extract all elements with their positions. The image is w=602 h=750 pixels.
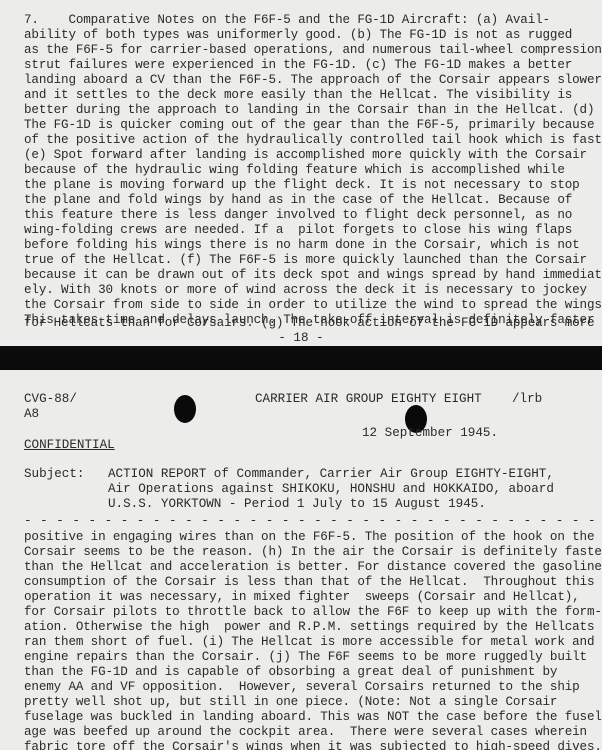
divider-dashes: - - - - - - - - - - - - - - - - - - - - … (24, 514, 602, 528)
page-number: - 18 - (0, 331, 602, 345)
text-line: ability of both types was uniformerly go… (24, 27, 572, 43)
file-code-secondary: A8 (24, 407, 39, 421)
text-line: (e) Spot forward after landing is accomp… (24, 147, 587, 163)
subject-line: U.S.S. YORKTOWN - Period 1 July to 15 Au… (108, 497, 486, 511)
text-line: 7. Comparative Notes on the F6F-5 and th… (24, 12, 550, 28)
text-line: operation it was necessary, in mixed fig… (24, 589, 580, 605)
text-line: positive in engaging wires than on the F… (24, 529, 594, 545)
subject-line: Air Operations against SHIKOKU, HONSHU a… (108, 482, 554, 496)
text-line: as the F6F-5 for carrier-based operation… (24, 42, 602, 58)
text-line: landing aboard a CV than the F6F-5. The … (24, 72, 602, 88)
text-line: for Corsair pilots to throttle back to a… (24, 604, 602, 620)
text-line: The FG-1D is quicker coming out of the g… (24, 117, 594, 133)
text-line: wing-folding crews are needed. If a pilo… (24, 222, 572, 238)
classification-label: CONFIDENTIAL (24, 438, 115, 452)
text-line: pretty well shot up, but still in one pi… (24, 694, 557, 710)
text-line: because of the hydraulic wing folding fe… (24, 162, 565, 178)
text-line: strut failures were experienced in the F… (24, 57, 572, 73)
text-line: consumption of the Corsair is less than … (24, 574, 594, 590)
subject-label: Subject: (24, 467, 84, 481)
text-line-last: for Hellcats than for Corsairs. (g) The … (24, 315, 594, 331)
punch-hole (174, 395, 196, 423)
text-line: the plane and fold wings by hand as in t… (24, 192, 572, 208)
text-line: than the Hellcat and acceleration is bet… (24, 559, 602, 575)
unit-name: CARRIER AIR GROUP EIGHTY EIGHT (255, 392, 482, 406)
text-line: Corsair seems to be the reason. (h) In t… (24, 544, 602, 560)
typist-initials: /lrb (512, 392, 542, 406)
date: 12 September 1945. (362, 426, 498, 440)
subject-line: ACTION REPORT of Commander, Carrier Air … (108, 467, 554, 481)
text-line: age was beefed up around the cockpit are… (24, 724, 587, 740)
text-line: fabric tore off the Corsair's wings when… (24, 739, 602, 750)
page-separator-band (0, 346, 602, 370)
text-line: the Corsair from side to side in order t… (24, 297, 602, 313)
file-code: CVG-88/ (24, 392, 77, 406)
text-line: better during the approach to landing in… (24, 102, 594, 118)
text-line: the plane is moving forward up the fligh… (24, 177, 580, 193)
text-line: true of the Hellcat. (f) The F6F-5 is mo… (24, 252, 587, 268)
text-line: engine repairs than the Corsair. (j) The… (24, 649, 587, 665)
text-line: this feature there is less danger involv… (24, 207, 572, 223)
text-line: ran them short of fuel. (i) The Hellcat … (24, 634, 594, 650)
text-line: ely. With 30 knots or more of wind acros… (24, 282, 587, 298)
text-line: fuselage was buckled in landing aboard. … (24, 709, 602, 725)
text-line: enemy AA and VF opposition. However, sev… (24, 679, 580, 695)
text-line: of the positive action of the hydraulica… (24, 132, 602, 148)
text-line: before folding his wings there is no har… (24, 237, 580, 253)
text-line: than the FG-1D and is capable of obsorbi… (24, 664, 557, 680)
text-line: and it settles to the deck more easily t… (24, 87, 572, 103)
text-line: because it can be drawn out of its deck … (24, 267, 602, 283)
text-line: ation. Otherwise the high power and R.P.… (24, 619, 594, 635)
